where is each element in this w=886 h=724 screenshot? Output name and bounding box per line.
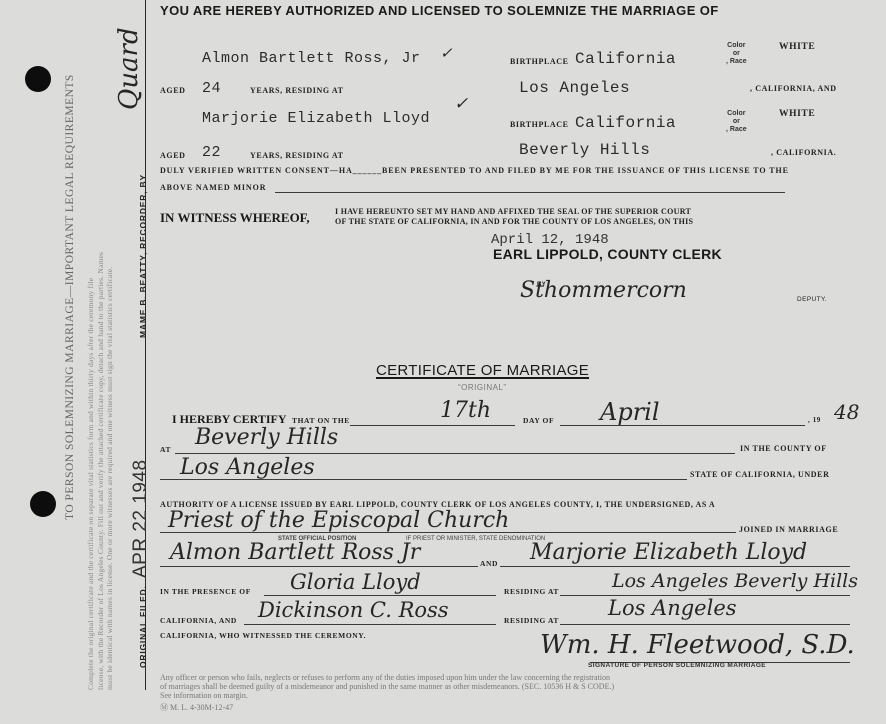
that-on-label: THAT ON THE (292, 416, 350, 425)
license-heading: YOU ARE HEREBY AUTHORIZED AND LICENSED T… (160, 3, 719, 18)
groom-residence: Los Angeles (519, 79, 630, 97)
bride-residence: Beverly Hills (519, 141, 650, 159)
witness-text-1: I HAVE HEREUNTO SET MY HAND AND AFFIXED … (335, 207, 691, 216)
witness1-line (264, 595, 496, 596)
groom-signature: Almon Bartlett Ross Jr (170, 540, 420, 565)
groom-birthplace: California (575, 50, 676, 68)
witnessed-label: CALIFORNIA, WHO WITNESSED THE CEREMONY. (160, 631, 366, 640)
groom-age: 24 (202, 80, 221, 97)
groom-aged-label: AGED (160, 86, 186, 95)
signature-caption: SIGNATURE OF PERSON SOLEMNIZING MARRIAGE (588, 662, 766, 669)
certificate-title: CERTIFICATE OF MARRIAGE (376, 362, 589, 379)
witness2-line (244, 624, 496, 625)
witness2-residing-label: RESIDING AT (504, 616, 559, 625)
bride-birthplace-label: BIRTHPLACE (510, 120, 569, 129)
deputy-label: DEPUTY. (797, 296, 827, 303)
bride-signature: Marjorie Elizabeth Lloyd (530, 540, 807, 565)
bride-age: 22 (202, 144, 221, 161)
witness2-residence-line (560, 624, 850, 625)
groom-checkmark: ✓ (440, 44, 453, 62)
bride-name: Marjorie Elizabeth Lloyd (202, 110, 430, 127)
joined-label: JOINED IN MARRIAGE (739, 525, 838, 534)
year-prefix: , 19 (808, 416, 821, 424)
groom-race: WHITE (779, 42, 815, 52)
groom-residence-suffix: , CALIFORNIA, AND (750, 84, 837, 93)
presence-label: IN THE PRESENCE OF (160, 587, 251, 596)
state-label: STATE OF CALIFORNIA, UNDER (690, 470, 829, 479)
year-value: 48 (834, 400, 859, 424)
witness2-residence: Los Angeles (608, 596, 737, 620)
margin-requirements-line-2: license, with the Recorder of Los Angele… (96, 252, 105, 690)
witness2-value: Dickinson C. Ross (258, 598, 449, 622)
minor-line (275, 192, 785, 193)
at-label: AT (160, 445, 171, 454)
binder-hole-top (25, 66, 51, 92)
filed-date-stamp: APR 22 1948 (130, 459, 152, 578)
county-clerk: EARL LIPPOLD, COUNTY CLERK (493, 246, 722, 262)
day-value: 17th (440, 398, 491, 423)
and-label: AND (480, 559, 498, 568)
bride-sig-line (500, 566, 850, 567)
groom-residing-label: YEARS, RESIDING AT (250, 86, 344, 95)
witness1-value: Gloria Lloyd (290, 570, 421, 594)
consent-line: DULY VERIFIED WRITTEN CONSENT—HA______BE… (160, 166, 789, 175)
denomination-caption: IF PRIEST OR MINISTER, STATE DENOMINATIO… (406, 536, 545, 542)
day-line (350, 425, 515, 426)
footer-line-1: Any officer or person who fails, neglect… (160, 673, 610, 682)
footer-line-3: See information on margin. (160, 691, 248, 700)
footer-line-2: of marriages shall be deemed guilty of a… (160, 682, 614, 691)
month-value: April (600, 398, 660, 426)
minor-label: ABOVE NAMED MINOR (160, 183, 266, 192)
certificate-subtitle: “ORIGINAL” (458, 383, 507, 392)
binder-hole-bottom (30, 491, 56, 517)
county-value: Los Angeles (180, 455, 315, 480)
bride-birthplace: California (575, 114, 676, 132)
form-code: Ⓜ M. L. 4-30M-12-47 (160, 702, 233, 713)
margin-requirements-line-3: must be identical with names in license.… (105, 267, 114, 690)
bride-residence-suffix: , CALIFORNIA. (771, 148, 836, 157)
margin-requirements-title: TO PERSON SOLEMNIZING MARRIAGE—IMPORTANT… (64, 74, 76, 520)
officiant-signature: Wm. H. Fleetwood, S.D. (540, 630, 855, 660)
bride-color-label: Color or , Race (726, 110, 747, 134)
month-line (560, 425, 805, 426)
witness-text-2: OF THE STATE OF CALIFORNIA, IN AND FOR T… (335, 217, 693, 226)
groom-birthplace-label: BIRTHPLACE (510, 57, 569, 66)
witness-whereof-label: IN WITNESS WHEREOF, (160, 210, 310, 226)
place-line (175, 453, 735, 454)
deputy-signature: Sthommercorn (520, 278, 687, 303)
groom-sig-line (160, 566, 478, 567)
official-position-value: Priest of the Episcopal Church (168, 508, 509, 533)
county-label: IN THE COUNTY OF (740, 444, 827, 453)
witness1-residing-label: RESIDING AT (504, 587, 559, 596)
bride-race: WHITE (779, 109, 815, 119)
recorder-label: MAME B. BEATTY, RECORDER, BY (138, 174, 148, 338)
bride-aged-label: AGED (160, 151, 186, 160)
witness1-residence: Los Angeles Beverly Hills (612, 570, 858, 592)
place-value: Beverly Hills (195, 425, 338, 450)
groom-name: Almon Bartlett Ross, Jr (202, 50, 421, 67)
margin-requirements-line-1: Complete the original certificate and th… (86, 278, 95, 690)
bride-residing-label: YEARS, RESIDING AT (250, 151, 344, 160)
california-and-label: CALIFORNIA, AND (160, 616, 237, 625)
day-of-label: DAY OF (523, 416, 554, 425)
groom-color-label: Color or , Race (726, 42, 747, 66)
original-filed-label: ORIGINAL FILED. (138, 585, 148, 668)
recorder-signature: Quard (114, 27, 144, 110)
bride-checkmark: ✓ (454, 94, 468, 114)
